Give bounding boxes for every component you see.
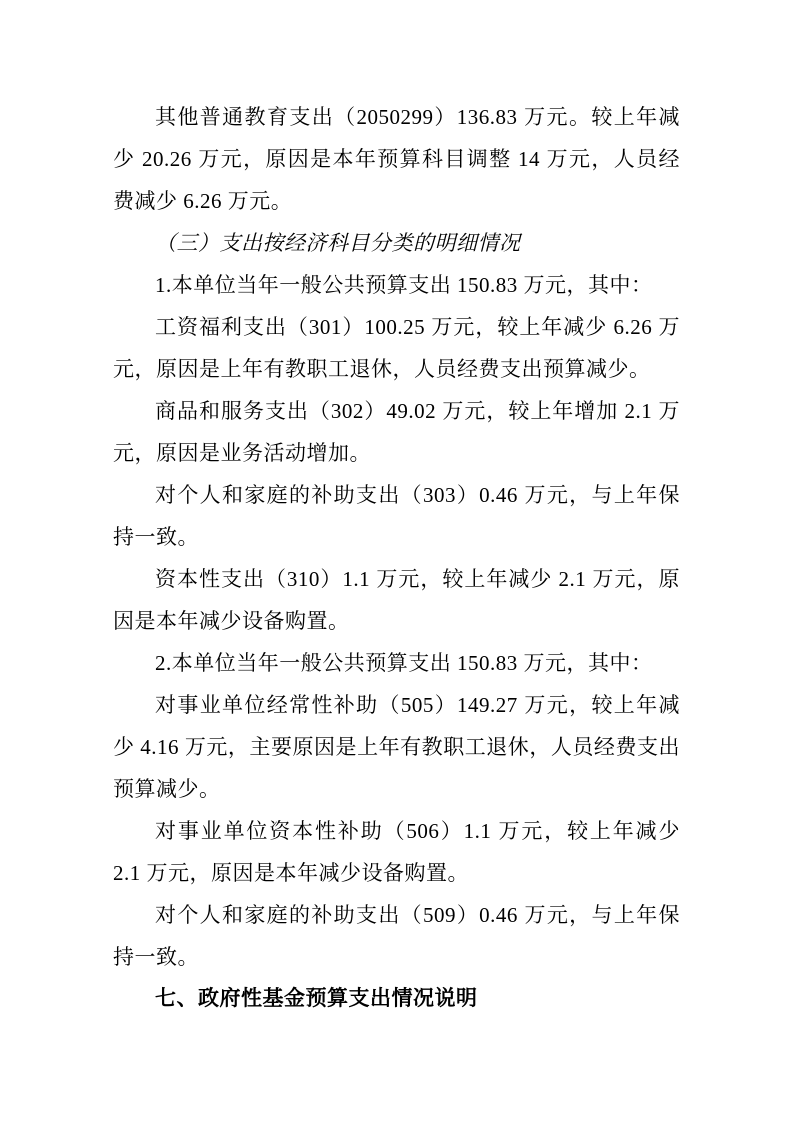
paragraph: 其他普通教育支出（2050299）136.83 万元。较上年减少 20.26 万… (113, 96, 680, 222)
paragraph: 对个人和家庭的补助支出（303）0.46 万元，与上年保持一致。 (113, 474, 680, 558)
paragraph: 对事业单位资本性补助（506）1.1 万元，较上年减少 2.1 万元，原因是本年… (113, 810, 680, 894)
paragraph: 对事业单位经常性补助（505）149.27 万元，较上年减少 4.16 万元，主… (113, 684, 680, 810)
document-page: 其他普通教育支出（2050299）136.83 万元。较上年减少 20.26 万… (0, 0, 793, 1122)
section-heading: 七、政府性基金预算支出情况说明 (113, 978, 680, 1020)
paragraph: 工资福利支出（301）100.25 万元，较上年减少 6.26 万元，原因是上年… (113, 306, 680, 390)
paragraph: 对个人和家庭的补助支出（509）0.46 万元，与上年保持一致。 (113, 894, 680, 978)
paragraph: 资本性支出（310）1.1 万元，较上年减少 2.1 万元，原因是本年减少设备购… (113, 558, 680, 642)
document-body: 其他普通教育支出（2050299）136.83 万元。较上年减少 20.26 万… (113, 96, 680, 1020)
paragraph: 商品和服务支出（302）49.02 万元，较上年增加 2.1 万元，原因是业务活… (113, 390, 680, 474)
paragraph: 2.本单位当年一般公共预算支出 150.83 万元，其中： (113, 642, 680, 684)
section-subheading: （三）支出按经济科目分类的明细情况 (113, 222, 680, 264)
paragraph: 1.本单位当年一般公共预算支出 150.83 万元，其中： (113, 264, 680, 306)
